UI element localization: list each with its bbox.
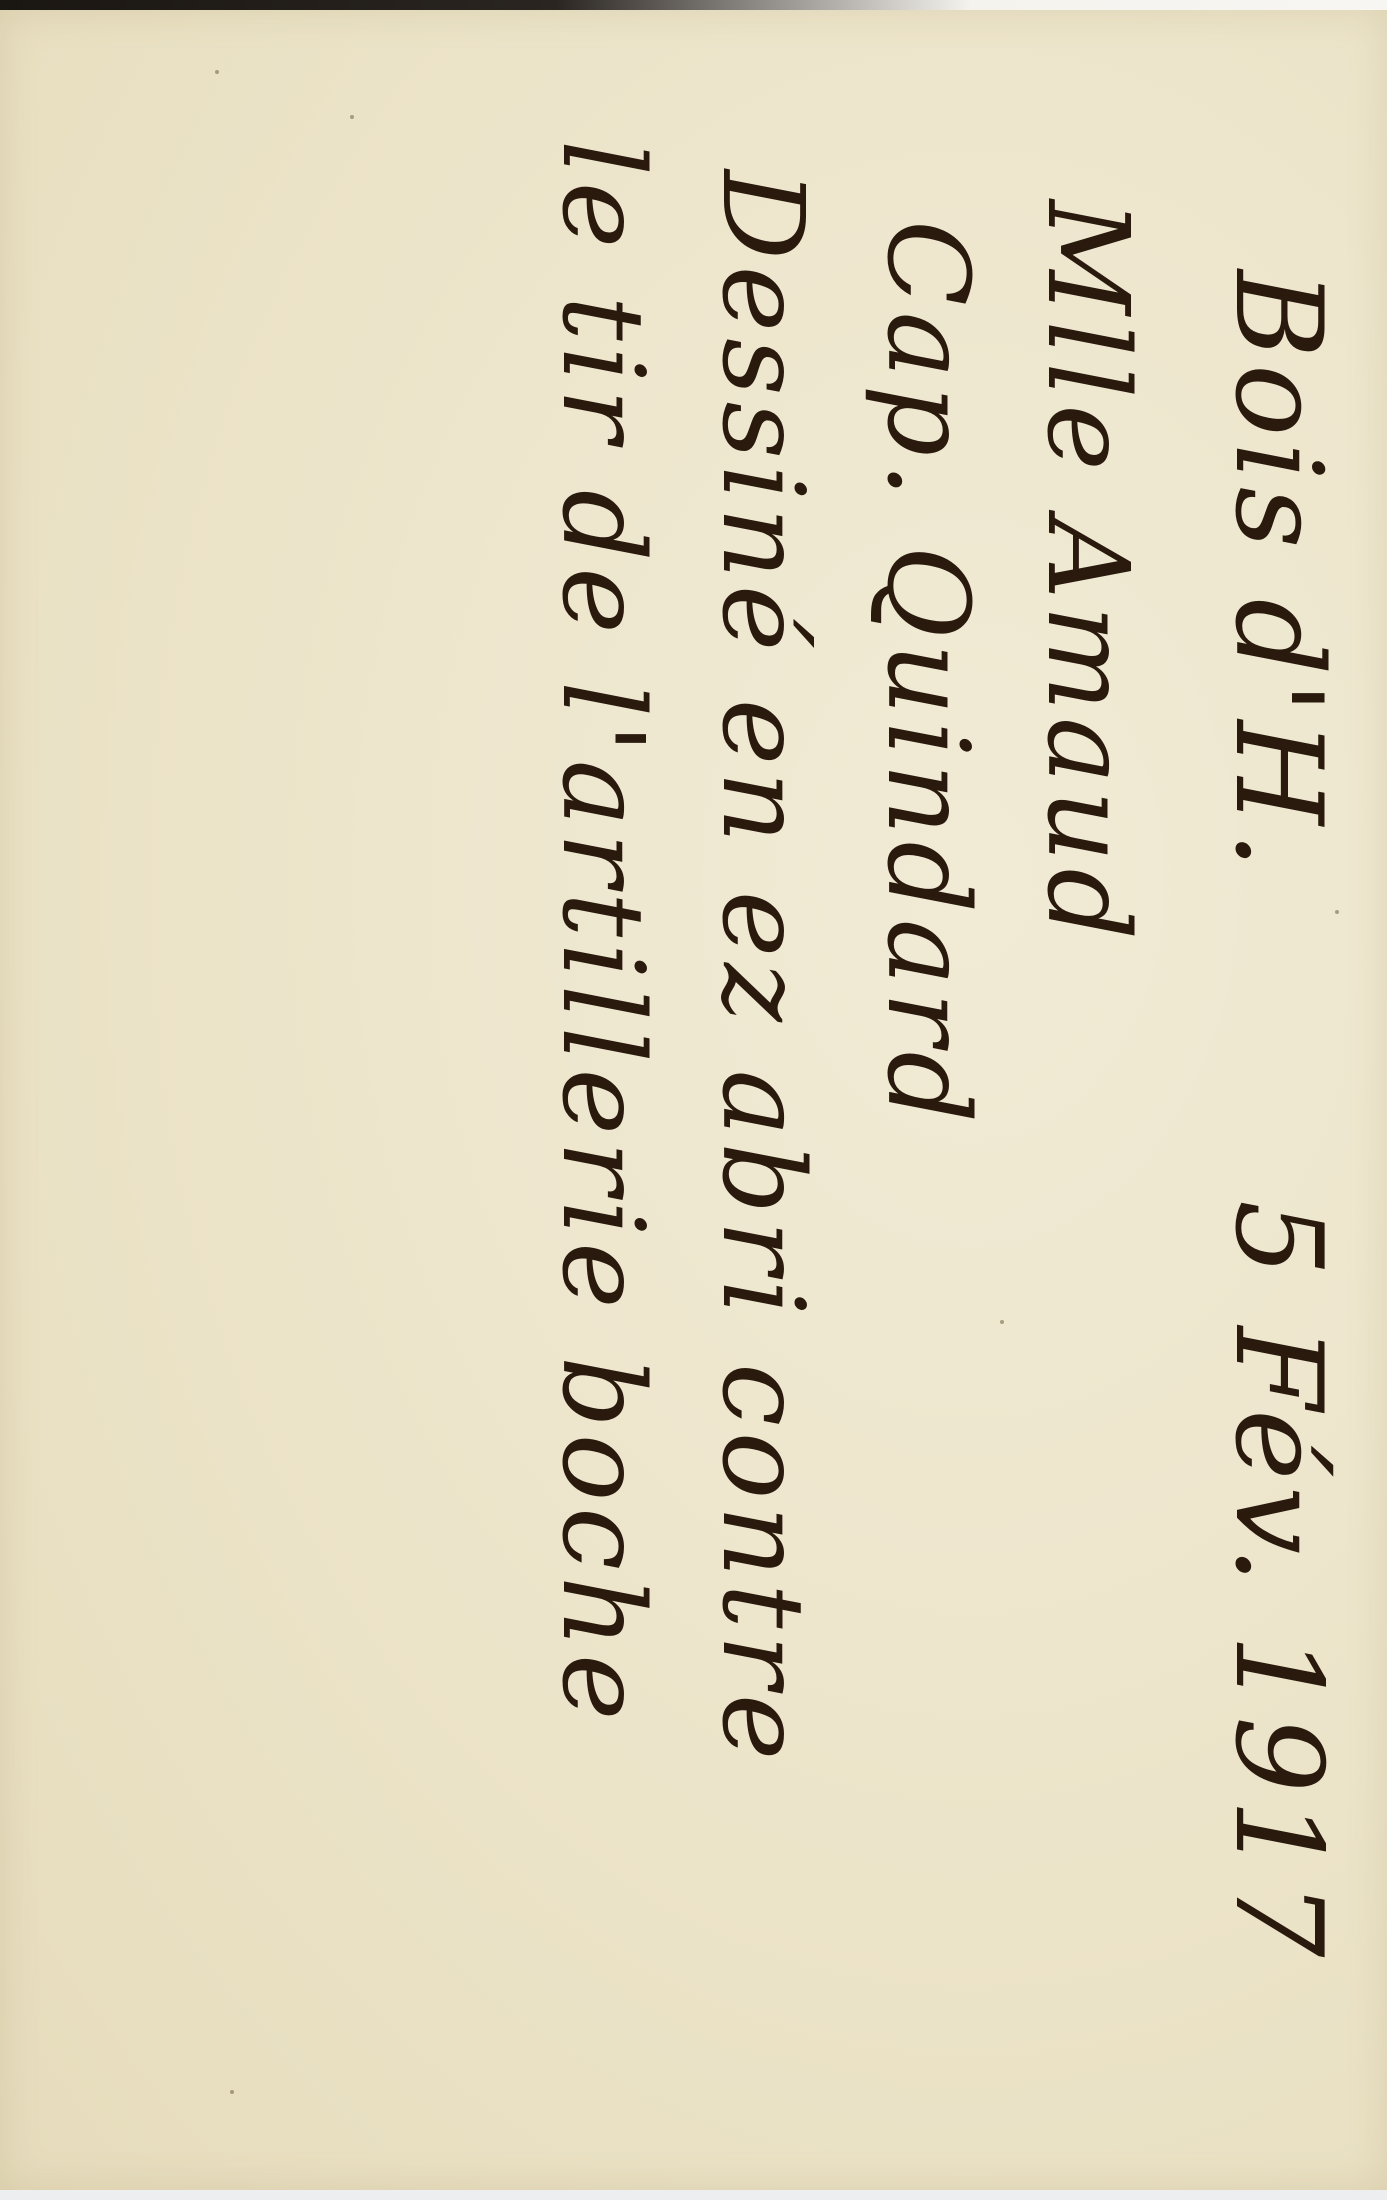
body-line-1: Dessiné en ez abri contre: [697, 170, 827, 1766]
heading-line: Bois d'H. 5 Fév. 1917: [1208, 270, 1347, 875]
recipient-line: Mlle Amaud: [1022, 200, 1152, 946]
location-text: Bois d'H.: [1208, 270, 1347, 875]
handwritten-card: Bois d'H. 5 Fév. 1917 Mlle Amaud Cap. Qu…: [0, 10, 1387, 2190]
author-line: Cap. Quindard: [862, 220, 992, 1129]
date-text: 5 Fév. 1917: [1208, 1200, 1347, 1963]
rotated-text-block: Bois d'H. 5 Fév. 1917 Mlle Amaud Cap. Qu…: [0, 10, 1387, 2190]
scan-bottom-edge: [0, 2190, 1387, 2200]
body-line-2: le tir de l'artillerie boche: [537, 140, 667, 1726]
